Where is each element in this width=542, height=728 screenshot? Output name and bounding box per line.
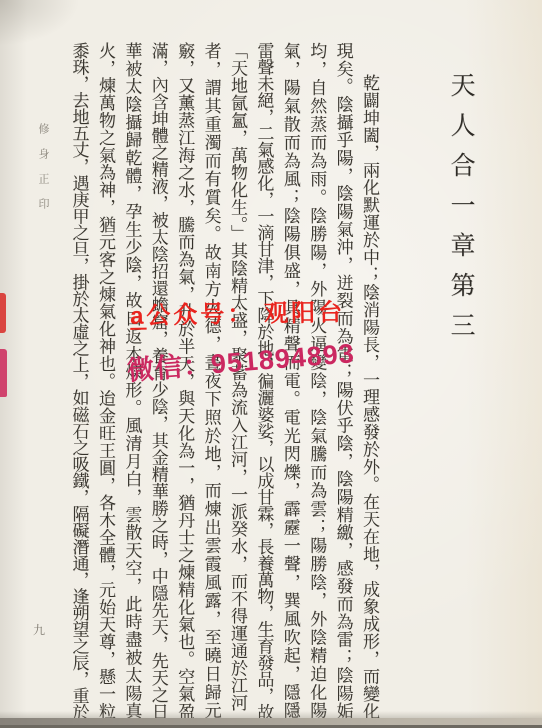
text-column: 乾闢坤闔，兩化默運於中；陰消陽長，一理感發於外。在天在地，成象成形，而變化 [356, 42, 382, 720]
text-column: 雷聲未絕，二氣感化，一滴甘津，下降於地，徧灑婆娑，以成甘霖，長養萬物，生育發品，… [250, 42, 276, 720]
text-column: 「天地氤氳，萬物化生。」其陰精太盛，聚蓄為流入江河，一派癸水，而不得運通於江河 [224, 42, 250, 720]
watermark-account-line: a公众号： 观阳台 [130, 292, 346, 331]
watermark-underlined-a: a [130, 303, 147, 330]
scanned-book-page: 天人合一章第三 乾闢坤闔，兩化默運於中；陰消陽長，一理感發於外。在天在地，成象成… [0, 0, 542, 728]
scan-shadow-top-left [0, 0, 80, 46]
margin-book-title: 修身正印 [35, 123, 51, 233]
red-mark-fragment [0, 349, 7, 397]
text-column: 黍珠，去地五丈，遇庚甲之旦，掛於太虛之上，如磁石之吸鐵，隔礙潛通，逢朔望之辰，重… [65, 42, 91, 720]
red-mark-fragment [0, 293, 6, 333]
text-column: 現矣。陰攝乎陽，陰陽氣沖，迸裂而為電；陽伏乎陰，陰陽精繳，感發而為雷；陰陽姤 [329, 42, 355, 720]
page-number: 九 [33, 621, 45, 638]
body-text-block: 乾闢坤闔，兩化默運於中；陰消陽長，一理感發於外。在天在地，成象成形，而變化 現矣… [64, 42, 382, 720]
text-column: 均，自然蒸而為雨。陰勝陽，外陽火逼變陰，陰氣騰而為雲；陽勝陰，外陰精迫化陽 [303, 42, 329, 720]
chapter-title: 天人合一章第三 [442, 72, 478, 382]
watermark-account-text: 公众号： 观阳台 [146, 299, 345, 329]
text-column: 氣，陽氣散而為風；陰陽俱盛，具精聲而電。電光閃爍，霹靂一聲，巽風吹起，隱隱 [276, 42, 302, 720]
text-column: 火，煉萬物之氣為神，猶元客之煉氣化神也。迨金旺王圓，各木全體，元始天尊，懸一粒 [92, 42, 118, 720]
